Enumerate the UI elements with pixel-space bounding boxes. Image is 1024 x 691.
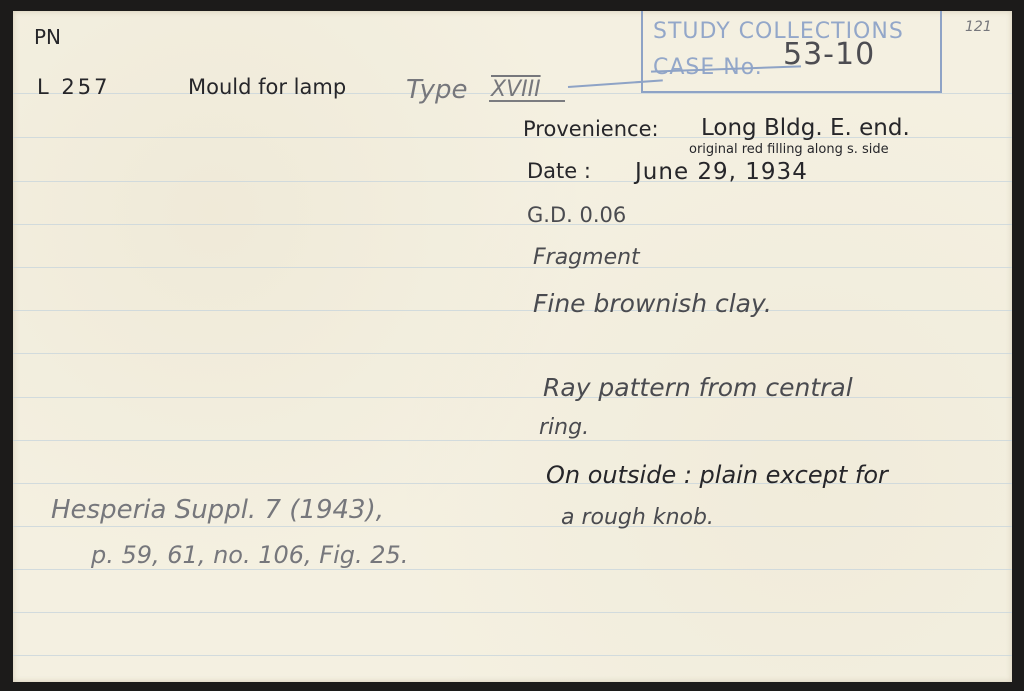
page-number: 121	[965, 19, 992, 35]
provenience-label: Provenience:	[523, 117, 659, 141]
catalog-number: L 257	[37, 75, 110, 99]
ruled-line	[13, 267, 1012, 268]
catalog-card: PN L 257 Mould for lamp Type XVIII STUDY…	[13, 11, 1012, 682]
ruled-line	[13, 526, 1012, 527]
bibliography-line1: Hesperia Suppl. 7 (1943),	[51, 495, 384, 525]
date-value: June 29, 1934	[635, 159, 808, 185]
gd-measurement: G.D. 0.06	[527, 203, 626, 227]
ruled-line	[13, 655, 1012, 656]
condition: Fragment	[533, 245, 640, 270]
type-underline	[489, 100, 565, 102]
case-number: 53-10	[783, 37, 875, 72]
ruled-line	[13, 440, 1012, 441]
ruled-line	[13, 612, 1012, 613]
ruled-line	[13, 353, 1012, 354]
description-line2: ring.	[539, 415, 589, 440]
object-title: Mould for lamp	[188, 75, 346, 99]
ruled-line	[13, 224, 1012, 225]
ruled-line	[13, 397, 1012, 398]
ruled-line	[13, 181, 1012, 182]
outside-line1: On outside : plain except for	[546, 461, 888, 489]
type-value: XVIII	[491, 77, 541, 102]
date-label: Date :	[527, 159, 591, 183]
ruled-line	[13, 569, 1012, 570]
clay-description: Fine brownish clay.	[533, 289, 772, 318]
description-line1: Ray pattern from central	[543, 373, 853, 402]
outside-line2: a rough knob.	[561, 505, 714, 530]
provenience-note: original red filling along s. side	[689, 142, 889, 157]
study-collections-stamp: STUDY COLLECTIONS CASE No. 53-10	[641, 11, 942, 93]
bibliography-line2: p. 59, 61, no. 106, Fig. 25.	[91, 541, 408, 569]
corner-code: PN	[34, 25, 61, 49]
ruled-line	[13, 310, 1012, 311]
provenience-value: Long Bldg. E. end.	[701, 115, 910, 141]
type-label: Type	[406, 75, 468, 105]
